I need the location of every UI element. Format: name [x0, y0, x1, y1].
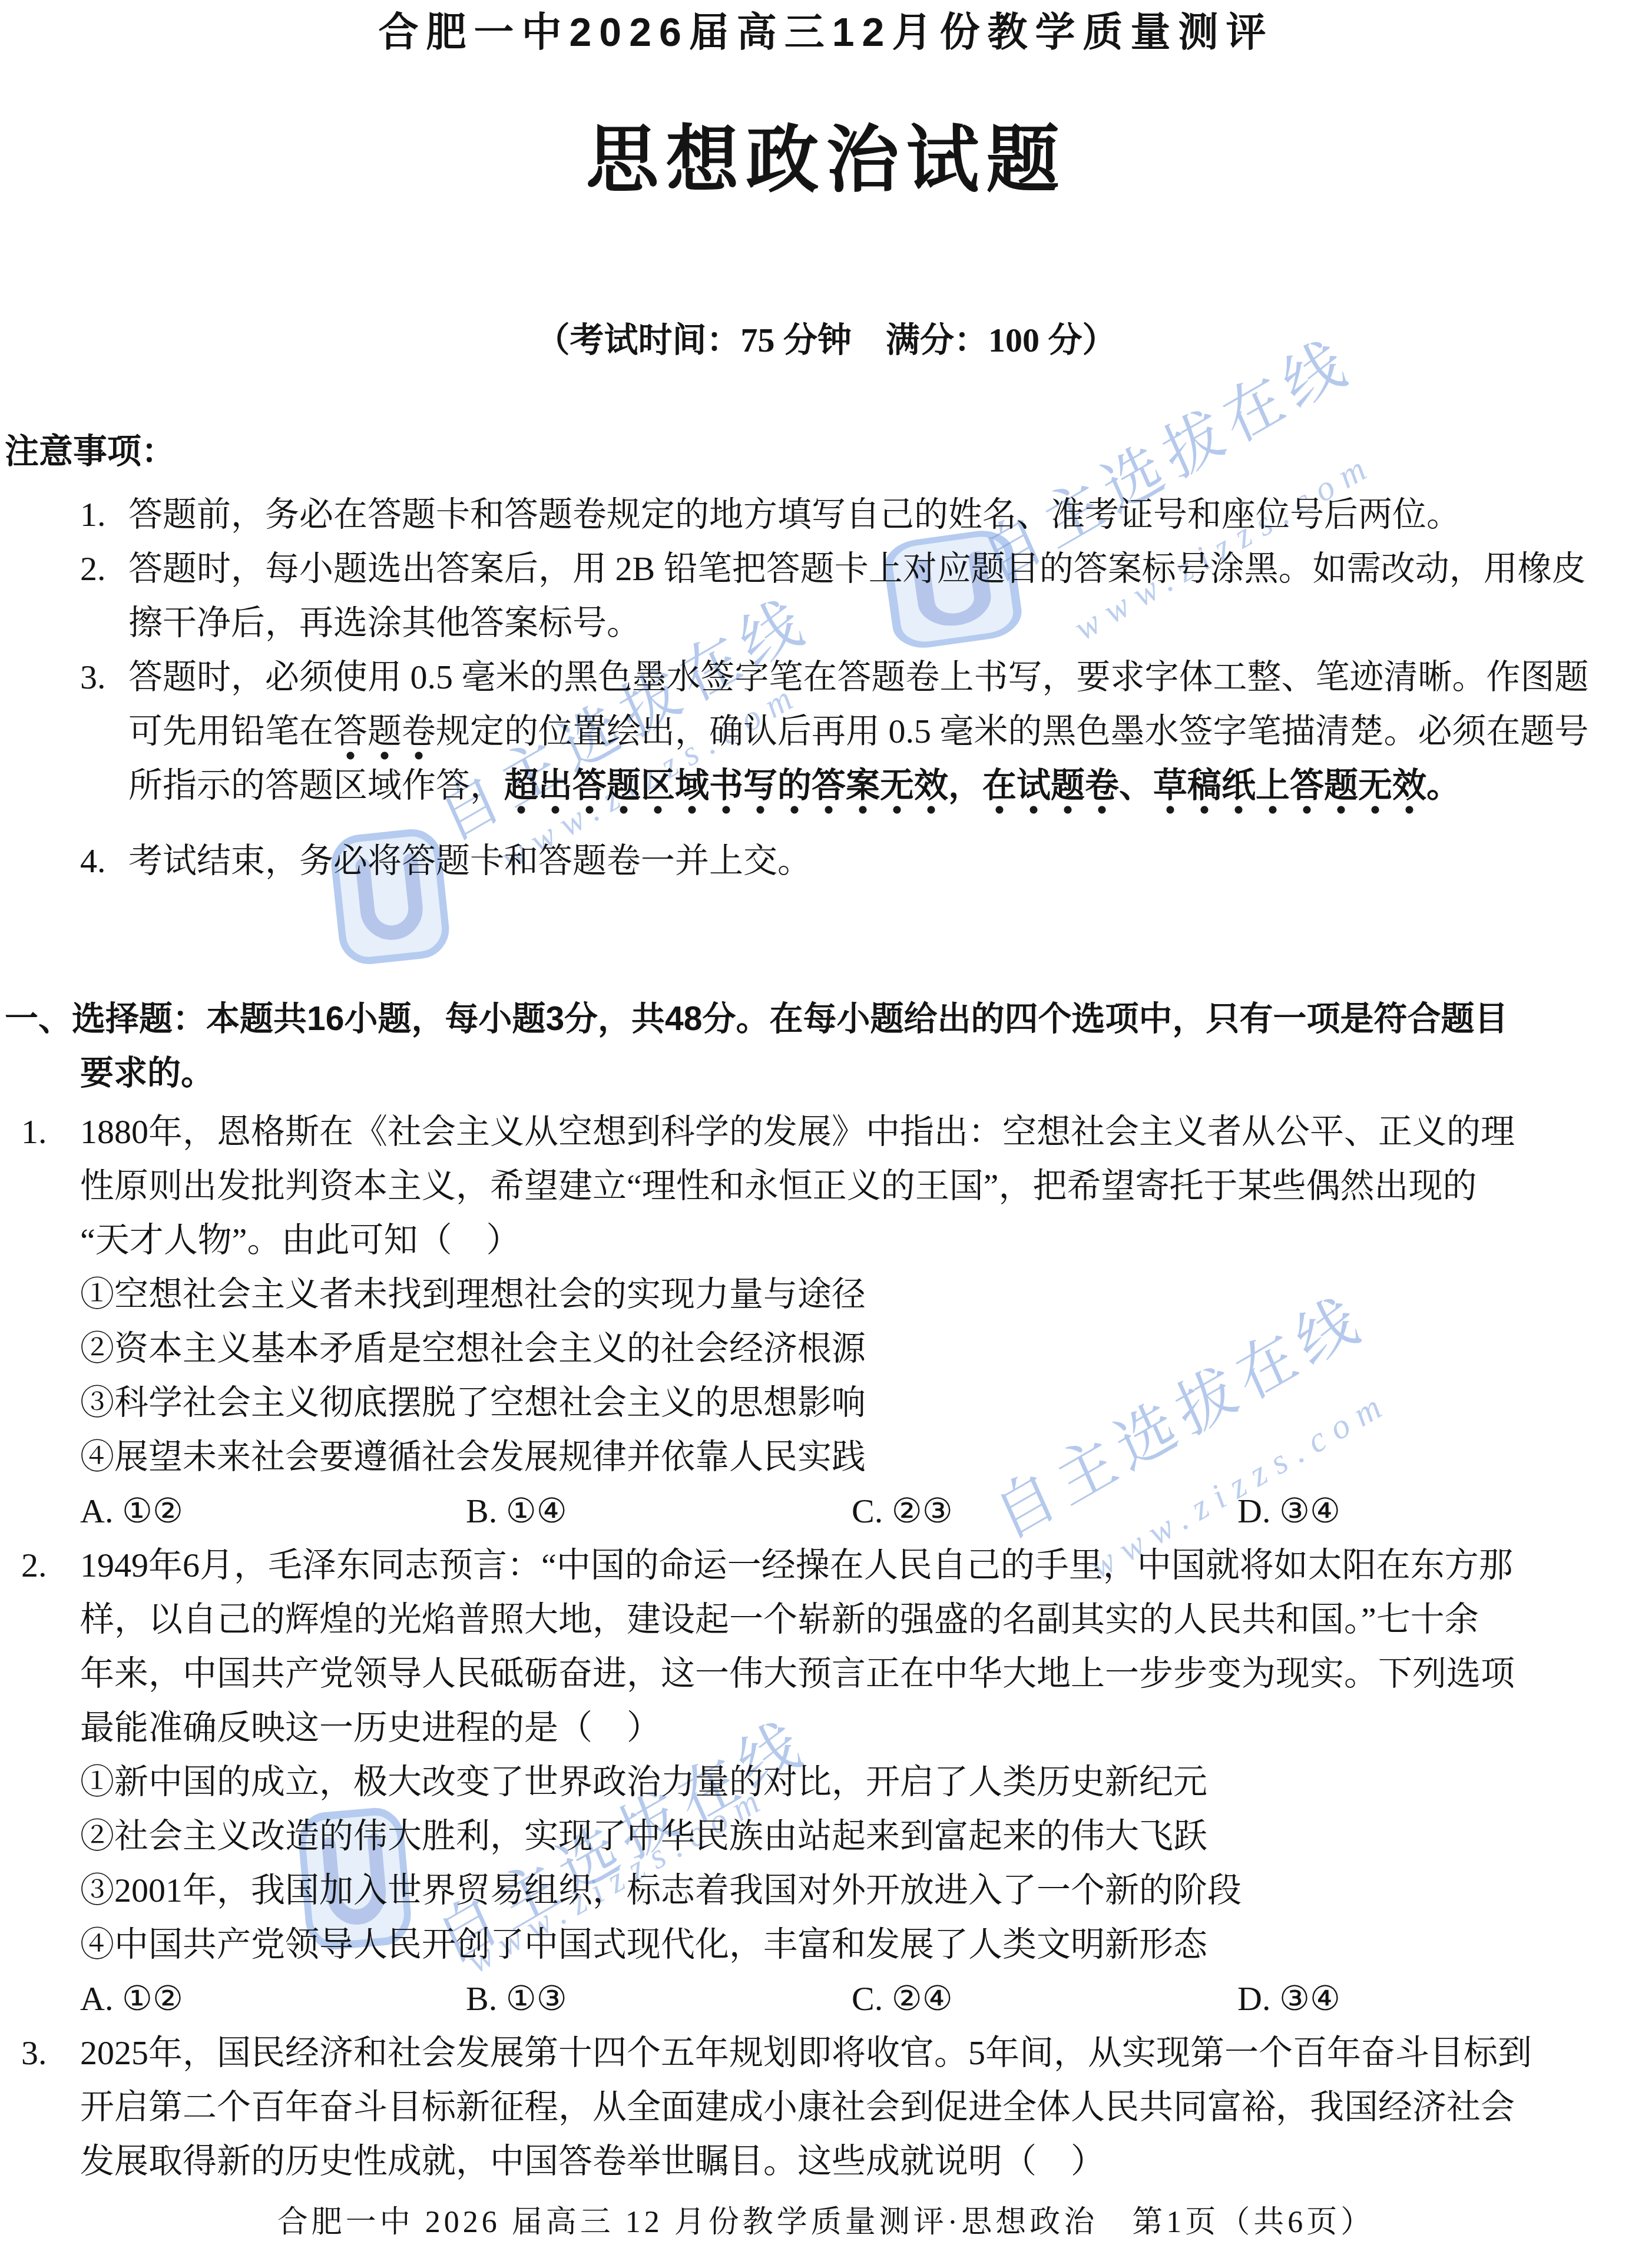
question-text: 2025年，国民经济和社会发展第十四个五年规划即将收官。5年间，从实现第一个百年… [80, 2034, 1532, 2072]
answer-choices-row: A. ①②B. ①③C. ②④D. ③④ [0, 1972, 1652, 2026]
question-line: “天才人物”。由此可知（ ） [0, 1213, 1652, 1267]
notice-item-text: 规定的位置绘出，确认后再用 0.5 毫米的黑色墨水签字笔描清楚。必须在题号 [436, 712, 1589, 750]
notice-item-1: 1.答题前，务必在答题卡和答题卷规定的地方填写自己的姓名、准考证号和座位号后两位… [0, 488, 1652, 542]
question-statement-3: ③2001年，我国加入世界贸易组织，标志着我国对外开放进入了一个新的阶段 [0, 1863, 1652, 1918]
notice-item-text: 答题前，务必在答题卡和答题卷规定的地方填写自己的姓名、准考证号和座位号后两位。 [128, 495, 1461, 534]
question-2: 2.1949年6月，毛泽东同志预言：“中国的命运一经操在人民自己的手里，中国就将… [0, 1538, 1652, 2026]
notice-item-3-continuation: 所指示的答题区域作答，超出答题区域书写的答案无效，在试题卷、草稿纸上答题无效。 [0, 759, 1652, 813]
notice-item-number: 2. [80, 542, 128, 596]
notice-item-number: 4. [80, 834, 128, 888]
notice-item-3: 3.答题时，必须使用 0.5 毫米的黑色墨水签字笔在答题卷上书写，要求字体工整、… [0, 650, 1652, 704]
exam-paper-page: 自主选拔在线 www.zizzs.com 自主选拔在线 www.zizzs.co… [0, 0, 1652, 2258]
question-1: 1.1880年，恩格斯在《社会主义从空想到科学的发展》中指出：空想社会主义者从公… [0, 1105, 1652, 1538]
emphasized-bold-text: 草稿纸上答题无效 [1153, 766, 1426, 815]
question-line: 性原则出发批判资本主义，希望建立“理性和永恒正义的王国”，把希望寄托于某些偶然出… [0, 1159, 1652, 1213]
question-text: 1949年6月，毛泽东同志预言：“中国的命运一经操在人民自己的手里，中国就将如太… [80, 1546, 1513, 1584]
question-statement-4: ④展望未来社会要遵循社会发展规律并依靠人民实践 [0, 1430, 1652, 1484]
notice-list: 1.答题前，务必在答题卡和答题卷规定的地方填写自己的姓名、准考证号和座位号后两位… [0, 488, 1652, 888]
page-footer: 合肥一中 2026 届高三 12 月份教学质量测评·思想政治 第1页（共6页） [0, 2204, 1652, 2242]
choice-d: D. ③④ [1237, 1484, 1340, 1538]
question-number: 1. [21, 1105, 80, 1159]
question-statement-2: ②社会主义改造的伟大胜利，实现了中华民族由站起来到富起来的伟大飞跃 [0, 1809, 1652, 1863]
notice-item-text: 可先用铅笔在 [128, 712, 333, 750]
emphasized-text: 答题卷 [333, 712, 436, 761]
choice-d: D. ③④ [1237, 1972, 1340, 2026]
notice-item-text: 考试结束，务必将答题卡和答题卷一并上交。 [128, 842, 812, 880]
question-text: 1880年，恩格斯在《社会主义从空想到科学的发展》中指出：空想社会主义者从公平、… [80, 1113, 1515, 1151]
question-line: 年来，中国共产党领导人民砥砺奋进，这一伟大预言正在中华大地上一步步变为现实。下列… [0, 1647, 1652, 1701]
emphasized-bold-text: 超出答题区域书写的答案无效 [504, 766, 948, 815]
question-line: 开启第二个百年奋斗目标新征程，从全面建成小康社会到促进全体人民共同富裕，我国经济… [0, 2080, 1652, 2134]
bold-punctuation: 。 [1426, 766, 1461, 804]
question-statement-4: ④中国共产党领导人民开创了中国式现代化，丰富和发展了人类文明新形态 [0, 1918, 1652, 1972]
question-list: 1.1880年，恩格斯在《社会主义从空想到科学的发展》中指出：空想社会主义者从公… [0, 1105, 1652, 2189]
notice-item-text: 答题时，必须使用 0.5 毫米的黑色墨水签字笔在答题卷上书写，要求字体工整、笔迹… [128, 658, 1589, 696]
exam-info-line: （考试时间：75 分钟 满分：100 分） [0, 319, 1652, 362]
question-statement-3: ③科学社会主义彻底摆脱了空想社会主义的思想影响 [0, 1376, 1652, 1430]
notice-heading: 注意事项： [0, 430, 1652, 474]
question-number: 3. [21, 2026, 80, 2080]
notice-item-number: 3. [80, 650, 128, 704]
section-header-line: 要求的。 [0, 1046, 1652, 1100]
question-statement-2: ②资本主义基本矛盾是空想社会主义的社会经济根源 [0, 1322, 1652, 1376]
question-line: 最能准确反映这一历史进程的是（ ） [0, 1701, 1652, 1755]
section-1-header: 一、选择题：本题共16小题，每小题3分，共48分。在每小题给出的四个选项中，只有… [0, 992, 1652, 1100]
choice-a: A. ①② [80, 1972, 466, 2026]
notice-item-3-continuation: 可先用铅笔在答题卷规定的位置绘出，确认后再用 0.5 毫米的黑色墨水签字笔描清楚… [0, 704, 1652, 759]
notice-item-2-continuation: 擦干净后，再选涂其他答案标号。 [0, 596, 1652, 650]
question-line: 1.1880年，恩格斯在《社会主义从空想到科学的发展》中指出：空想社会主义者从公… [0, 1105, 1652, 1159]
subject-title: 思想政治试题 [0, 117, 1652, 205]
notice-item-number: 1. [80, 488, 128, 542]
choice-c: C. ②④ [852, 1972, 1237, 2026]
choice-c: C. ②③ [852, 1484, 1237, 1538]
exam-header-title: 合肥一中2026届高三12月份教学质量测评 [0, 0, 1652, 57]
bold-punctuation: 、 [1119, 766, 1153, 804]
question-3: 3.2025年，国民经济和社会发展第十四个五年规划即将收官。5年间，从实现第一个… [0, 2026, 1652, 2189]
notice-item-text: 答题时，每小题选出答案后，用 2B 铅笔把答题卡上对应题目的答案标号涂黑。如需改… [128, 549, 1586, 588]
section-header-line: 一、选择题：本题共16小题，每小题3分，共48分。在每小题给出的四个选项中，只有… [0, 992, 1652, 1046]
question-statement-1: ①空想社会主义者未找到理想社会的实现力量与途径 [0, 1267, 1652, 1322]
question-number: 2. [21, 1538, 80, 1592]
bold-punctuation: ， [948, 766, 982, 804]
choice-b: B. ①③ [466, 1972, 852, 2026]
question-line: 2.1949年6月，毛泽东同志预言：“中国的命运一经操在人民自己的手里，中国就将… [0, 1538, 1652, 1592]
answer-choices-row: A. ①②B. ①④C. ②③D. ③④ [0, 1484, 1652, 1538]
notice-item-2: 2.答题时，每小题选出答案后，用 2B 铅笔把答题卡上对应题目的答案标号涂黑。如… [0, 542, 1652, 596]
question-line: 样，以自己的辉煌的光焰普照大地，建设起一个崭新的强盛的名副其实的人民共和国。”七… [0, 1592, 1652, 1647]
choice-b: B. ①④ [466, 1484, 852, 1538]
question-line: 发展取得新的历史性成就，中国答卷举世瞩目。这些成就说明（ ） [0, 2134, 1652, 2189]
notice-item-text: 所指示的答题区域作答， [128, 766, 504, 804]
question-statement-1: ①新中国的成立，极大改变了世界政治力量的对比，开启了人类历史新纪元 [0, 1755, 1652, 1809]
notice-item-4: 4.考试结束，务必将答题卡和答题卷一并上交。 [0, 834, 1652, 888]
emphasized-bold-text: 在试题卷 [982, 766, 1119, 815]
question-line: 3.2025年，国民经济和社会发展第十四个五年规划即将收官。5年间，从实现第一个… [0, 2026, 1652, 2080]
choice-a: A. ①② [80, 1484, 466, 1538]
